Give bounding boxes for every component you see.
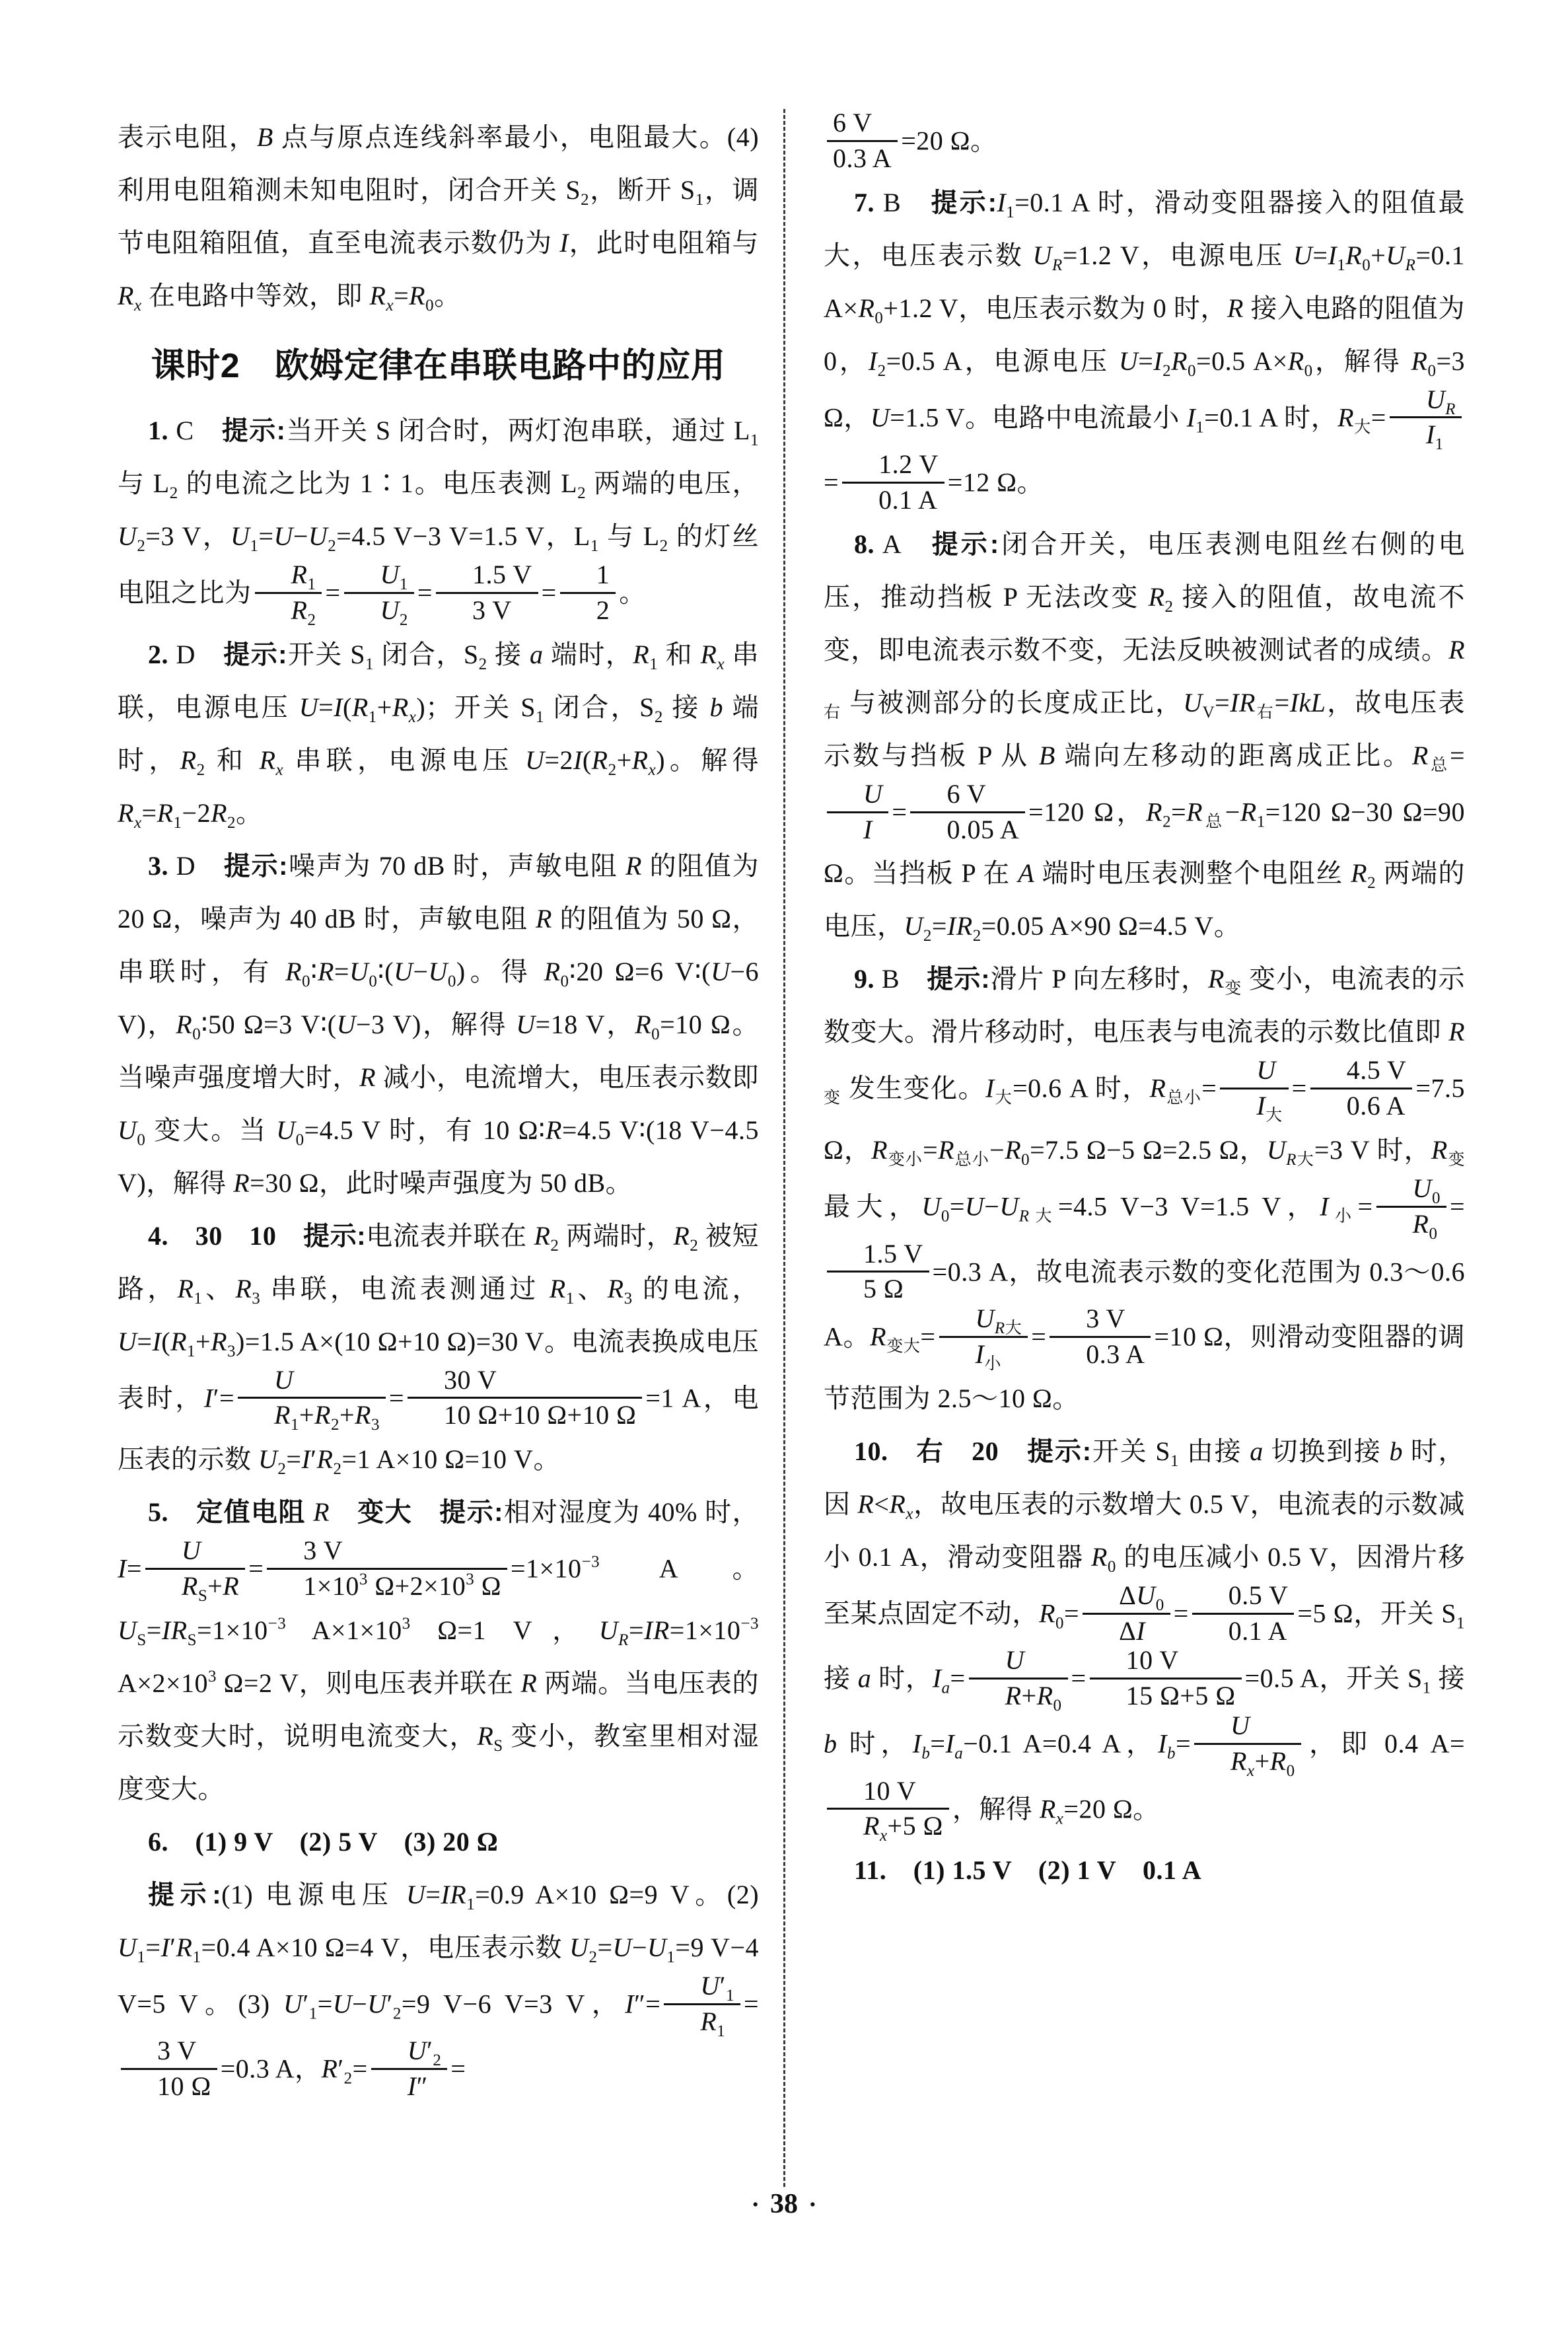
fraction: 0.5 V0.1 A xyxy=(1192,1581,1295,1646)
hint-label: 提示: xyxy=(439,1498,503,1527)
page-content: 表示电阻，B 点与原点连线斜率最小，电阻最大。(4) 利用电阻箱测未知电阻时，闭… xyxy=(118,111,1465,2104)
paragraph: 提示:(1) 电源电压 U=IR1=0.9 A×10 Ω=9 V。(2) U1=… xyxy=(118,1868,759,2104)
left-column: 表示电阻，B 点与原点连线斜率最小，电阻最大。(4) 利用电阻箱测未知电阻时，闭… xyxy=(118,111,759,2104)
column-divider xyxy=(783,109,785,2187)
fraction: 10 VRx+5 Ω xyxy=(827,1777,949,1842)
footer-left-dot: · xyxy=(740,2191,770,2219)
fraction: UR+R0 xyxy=(969,1646,1068,1711)
fraction: 6 V0.3 A xyxy=(827,108,898,174)
paragraph: 7. B 提示:I1=0.1 A 时，滑动变阻器接入的阻值最大，电压表示数 UR… xyxy=(824,176,1465,518)
page-footer: ·38· xyxy=(0,2188,1568,2220)
hint-label: 提示: xyxy=(223,640,287,669)
fraction: URx+R0 xyxy=(1194,1711,1301,1777)
fraction: 1.5 V5 Ω xyxy=(827,1239,929,1305)
paragraph: 4. 30 10 提示:电流表并联在 R2 两端时，R2 被短路，R1、R3 串… xyxy=(118,1210,759,1487)
hint-label: 提示: xyxy=(927,965,990,994)
fraction: ΔU0ΔI xyxy=(1083,1581,1170,1646)
fraction: 1.5 V3 V xyxy=(436,560,538,626)
paragraph: 表示电阻，B 点与原点连线斜率最小，电阻最大。(4) 利用电阻箱测未知电阻时，闭… xyxy=(118,111,759,322)
hint-label: 提示: xyxy=(931,188,997,217)
fraction: U′1R1 xyxy=(664,1972,740,2037)
paragraph: 6. (1) 9 V (2) 5 V (3) 20 Ω xyxy=(118,1816,759,1868)
hint-label: 提示: xyxy=(1027,1437,1091,1466)
fraction: 6 V0.05 A xyxy=(910,780,1025,845)
fraction: 10 V15 Ω+5 Ω xyxy=(1090,1646,1242,1711)
fraction: 1.2 V0.1 A xyxy=(842,450,944,515)
footer-right-dot: · xyxy=(798,2191,828,2219)
fraction: U1U2 xyxy=(344,560,414,626)
fraction: 12 xyxy=(560,560,616,626)
paragraph: 9. B 提示:滑片 P 向左移时，R变 变小，电流表的示数变大。滑片移动时，电… xyxy=(824,953,1465,1424)
fraction: U0R0 xyxy=(1376,1174,1446,1239)
fraction: 3 V1×103 Ω+2×103 Ω xyxy=(267,1536,507,1602)
hint-label: 提示: xyxy=(148,1880,221,1909)
fraction: URS+R xyxy=(145,1536,245,1602)
fraction: UI xyxy=(827,780,888,845)
fraction: 3 V0.3 A xyxy=(1050,1304,1151,1370)
hint-label: 提示: xyxy=(222,416,286,445)
hint-label: 提示: xyxy=(932,530,999,559)
fraction: UR1+R2+R3 xyxy=(238,1366,386,1431)
page-number: 38 xyxy=(770,2189,798,2219)
answer-book-page: 表示电阻，B 点与原点连线斜率最小，电阻最大。(4) 利用电阻箱测未知电阻时，闭… xyxy=(0,0,1568,2325)
right-column: 6 V0.3 A=20 Ω。7. B 提示:I1=0.1 A 时，滑动变阻器接入… xyxy=(824,111,1465,2104)
fraction: URI1 xyxy=(1390,385,1462,451)
fraction: U′2I″ xyxy=(371,2036,448,2102)
paragraph: 6 V0.3 A=20 Ω。 xyxy=(824,111,1465,176)
hint-label: 提示: xyxy=(224,852,288,881)
fraction: R1R2 xyxy=(255,560,322,626)
paragraph: 8. A 提示:闭合开关，电压表测电阻丝右侧的电压，推动挡板 P 无法改变 R2… xyxy=(824,518,1465,953)
section-heading: 课时2 欧姆定律在串联电路中的应用 xyxy=(118,340,759,392)
paragraph: 2. D 提示:开关 S1 闭合，S2 接 a 端时，R1 和 Rx 串联，电源… xyxy=(118,628,759,840)
paragraph: 11. (1) 1.5 V (2) 1 V 0.1 A xyxy=(824,1844,1465,1897)
fraction: UI大 xyxy=(1220,1056,1288,1121)
fraction: UR大I小 xyxy=(939,1304,1028,1370)
paragraph: 3. D 提示:噪声为 70 dB 时，声敏电阻 R 的阻值为 20 Ω，噪声为… xyxy=(118,840,759,1210)
paragraph: 5. 定值电阻 R 变大 提示:相对湿度为 40% 时，I=URS+R=3 V1… xyxy=(118,1486,759,1816)
fraction: 30 V10 Ω+10 Ω+10 Ω xyxy=(408,1366,642,1431)
hint-label: 提示: xyxy=(303,1222,366,1251)
paragraph: 10. 右 20 提示:开关 S1 由接 a 切换到接 b 时，因 R<Rx，故… xyxy=(824,1425,1465,1844)
paragraph: 1. C 提示:当开关 S 闭合时，两灯泡串联，通过 L1 与 L2 的电流之比… xyxy=(118,404,759,628)
fraction: 4.5 V0.6 A xyxy=(1310,1056,1413,1121)
fraction: 3 V10 Ω xyxy=(121,2036,217,2102)
